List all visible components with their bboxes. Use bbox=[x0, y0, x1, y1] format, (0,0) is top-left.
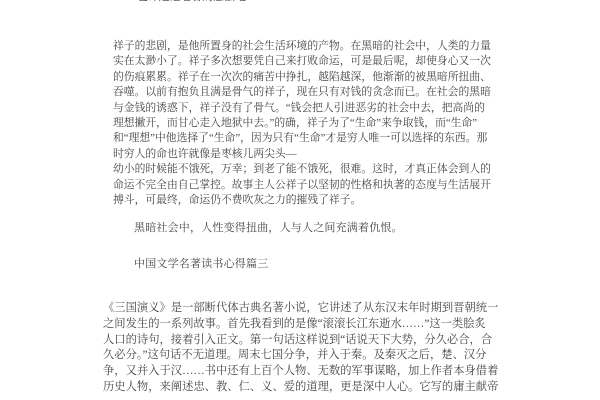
text-line: 的伤痕累累。祥子在一次次的痛苦中挣扎，越陷越深，他渐渐的被黑暗所扭曲、 bbox=[113, 70, 491, 85]
paragraph-dark-society: 黑暗社会中，人性变得扭曲，人与人之间充满着仇恨。 bbox=[134, 221, 403, 236]
text-line: 祥子的悲剧，是他所置身的社会生活环境的产物。在黑暗的社会中，人类的力量 bbox=[113, 39, 491, 54]
text-line: 理想撇开，而甘心走入地狱中去。”的确，祥子为了“生命”来争取钱，而“生命” bbox=[113, 116, 491, 131]
text-line: 《三国演义》是一部断代体古典名著小说，它讲述了从东汉末年时期到晋朝统一 bbox=[103, 301, 500, 317]
text-line: 历史人物，来阐述忠、教、仁、义、爱的道理，更是深中人心。它写的庸主献帝 bbox=[103, 380, 500, 396]
text-line: 之间发生的一系列故事。首先我看到的是像“滚滚长江东逝水……”这一类脍炙 bbox=[103, 317, 500, 333]
heading-essay-part-three: 中国文学名著读书心得篇三 bbox=[134, 257, 268, 272]
text-line: 吞噬。以前有抱负且满是骨气的祥子，现在只有对钱的贪念而已。在社会的黑暗 bbox=[113, 85, 491, 100]
text-line: 人口的诗句，接着引入正文。第一句话这样说到“话说天下大势，分久必合，合 bbox=[103, 333, 500, 349]
text-line: 搏斗，可最终，命运仍不费吹灰之力的摧残了祥子。 bbox=[113, 193, 491, 208]
paragraph-camel-xiangzi: 祥子的悲剧，是他所置身的社会生活环境的产物。在黑暗的社会中，人类的力量 实在太渺… bbox=[113, 39, 491, 208]
text-line: 争，又并入于汉……书中还有上百个人物、无数的军事谋略，加上作者本身借着 bbox=[103, 364, 500, 380]
document-page: 也许这是老舍的想法吧 祥子的悲剧，是他所置身的社会生活环境的产物。在黑暗的社会中… bbox=[0, 0, 600, 400]
text-line: 和“理想”中他选择了“生命”，因为只有“生命”才是穷人唯一可以选择的东西。那 bbox=[113, 131, 491, 146]
text-line: 久必分。”这句话不无道理。周末七国分争，并入于秦。及秦灭之后，楚、汉分 bbox=[103, 348, 500, 364]
clipped-text-line: 也许这是老舍的想法吧 bbox=[137, 0, 246, 4]
paragraph-romance-three-kingdoms: 《三国演义》是一部断代体古典名著小说，它讲述了从东汉末年时期到晋朝统一 之间发生… bbox=[103, 301, 500, 396]
text-line: 命运不完全由自己掌控。故事主人公祥子以坚韧的性格和执著的态度与生活展开 bbox=[113, 178, 491, 193]
text-line: 与金钱的诱惑下，祥子没有了骨气。“钱会把人引进恶劣的社会中去，把高尚的 bbox=[113, 101, 491, 116]
text-line: 幼小的时候能不饿死，万幸；到老了能不饿死，很难。这时，才真正体会到人的 bbox=[113, 162, 491, 177]
text-line: 实在太渺小了。祥子多次想要凭自己来打败命运，可是最后呢，却使身心又一次 bbox=[113, 54, 491, 69]
text-line: 时穷人的命也许就像是枣核儿两尖头— bbox=[113, 147, 491, 162]
